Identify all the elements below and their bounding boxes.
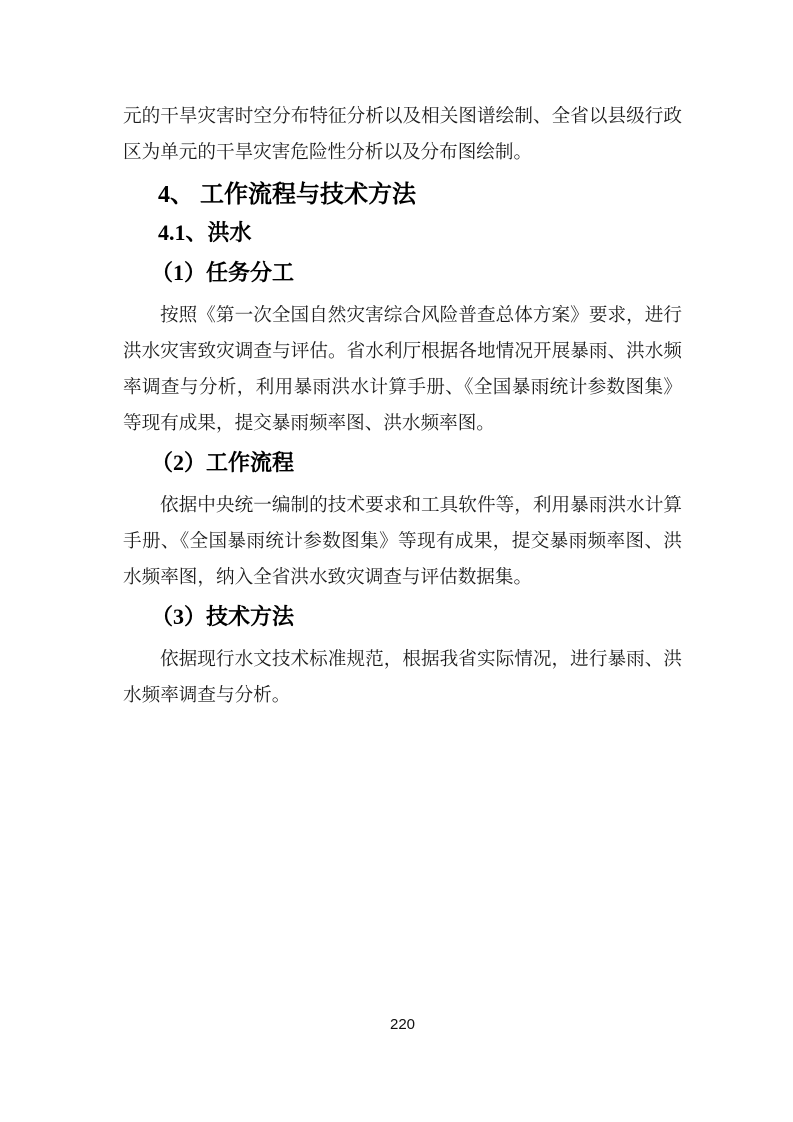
document-page: 元的干旱灾害时空分布特征分析以及相关图谱绘制、全省以县级行政区为单元的干旱灾害危… xyxy=(0,0,793,1122)
section-2-heading: （2）工作流程 xyxy=(123,444,682,482)
page-content: 元的干旱灾害时空分布特征分析以及相关图谱绘制、全省以县级行政区为单元的干旱灾害危… xyxy=(123,99,682,714)
main-heading: 4、 工作流程与技术方法 xyxy=(123,176,682,214)
section-3-body: 依据现行水文技术标准规范，根据我省实际情况，进行暴雨、洪水频率调查与分析。 xyxy=(123,642,682,714)
sub-heading: 4.1、洪水 xyxy=(123,214,682,252)
page-number: 220 xyxy=(123,1016,682,1033)
section-3-heading: （3）技术方法 xyxy=(123,598,682,636)
section-2-body: 依据中央统一编制的技术要求和工具软件等，利用暴雨洪水计算手册、《全国暴雨统计参数… xyxy=(123,488,682,596)
section-1-body: 按照《第一次全国自然灾害综合风险普查总体方案》要求，进行洪水灾害致灾调查与评估。… xyxy=(123,298,682,442)
intro-paragraph: 元的干旱灾害时空分布特征分析以及相关图谱绘制、全省以县级行政区为单元的干旱灾害危… xyxy=(123,99,682,171)
section-1-heading: （1）任务分工 xyxy=(123,254,682,292)
